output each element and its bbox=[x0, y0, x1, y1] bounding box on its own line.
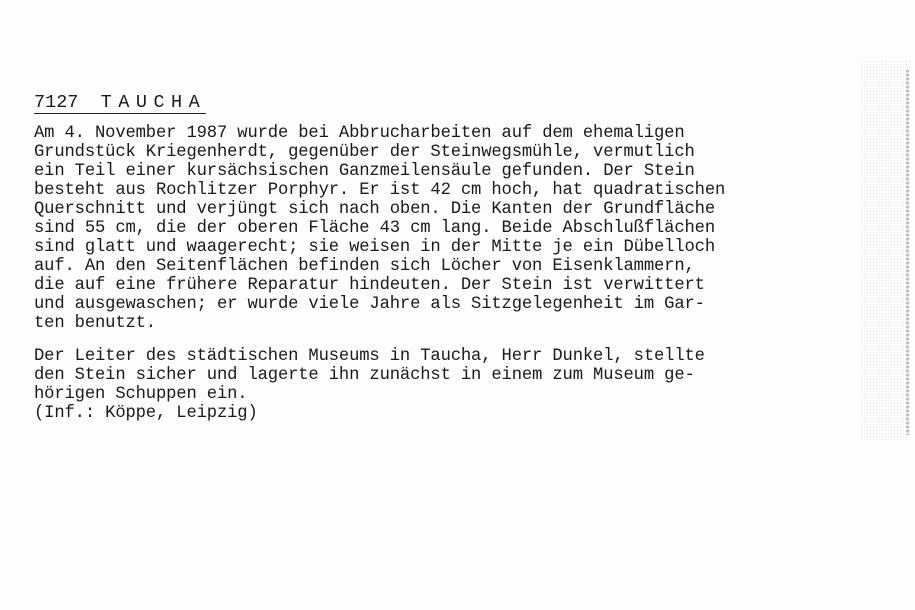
entry-heading: 7127 TAUCHA bbox=[34, 93, 206, 114]
text-line: sind 55 cm, die der oberen Fläche 43 cm … bbox=[34, 219, 725, 238]
text-line: ten benutzt. bbox=[34, 314, 725, 333]
text-line: sind glatt und waagerecht; sie weisen in… bbox=[34, 238, 725, 257]
paragraph-museum: Der Leiter des städtischen Museums in Ta… bbox=[34, 347, 705, 404]
entry-number: 7127 bbox=[34, 92, 78, 113]
entry-place: TAUCHA bbox=[101, 92, 207, 113]
scan-border-line bbox=[906, 70, 909, 435]
text-line: Am 4. November 1987 wurde bei Abbrucharb… bbox=[34, 124, 725, 143]
text-line: und ausgewaschen; er wurde viele Jahre a… bbox=[34, 295, 725, 314]
text-line: hörigen Schuppen ein. bbox=[34, 385, 705, 404]
text-line: besteht aus Rochlitzer Porphyr. Er ist 4… bbox=[34, 181, 725, 200]
text-line: den Stein sicher und lagerte ihn zunächs… bbox=[34, 366, 705, 385]
paragraph-find-description: Am 4. November 1987 wurde bei Abbrucharb… bbox=[34, 124, 725, 333]
text-line: Querschnitt und verjüngt sich nach oben.… bbox=[34, 200, 725, 219]
text-line: Der Leiter des städtischen Museums in Ta… bbox=[34, 347, 705, 366]
text-line: Grundstück Kriegenherdt, gegenüber der S… bbox=[34, 143, 725, 162]
source-note-text: (Inf.: Köppe, Leipzig) bbox=[34, 404, 258, 423]
scanned-page: 7127 TAUCHA Am 4. November 1987 wurde be… bbox=[0, 0, 915, 610]
text-line: die auf eine frühere Reparatur hindeuten… bbox=[34, 276, 725, 295]
text-line: auf. An den Seitenflächen befinden sich … bbox=[34, 257, 725, 276]
scan-noise-edge bbox=[860, 60, 910, 440]
text-line: ein Teil einer kursächsischen Ganzmeilen… bbox=[34, 162, 725, 181]
source-note: (Inf.: Köppe, Leipzig) bbox=[34, 404, 258, 423]
